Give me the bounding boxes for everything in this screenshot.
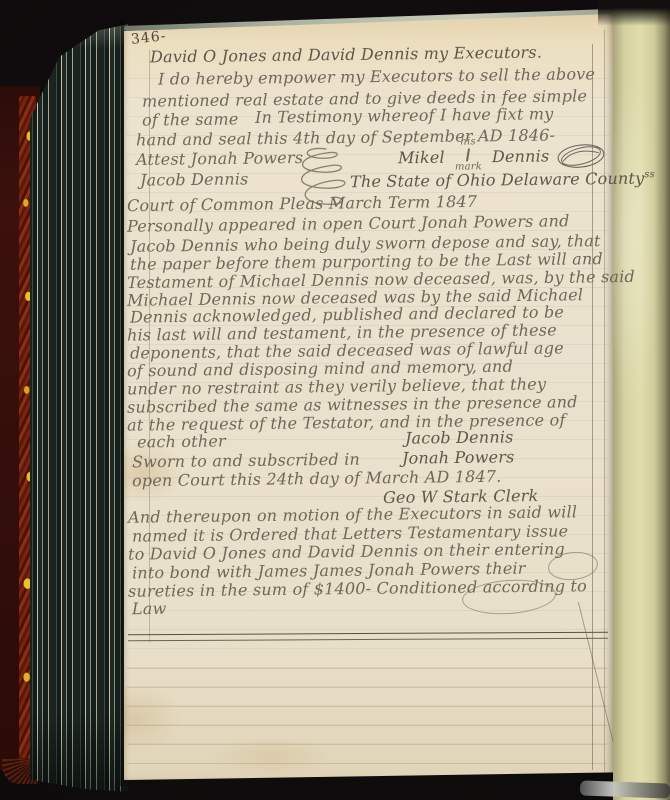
handwritten-line: of the same <box>142 111 239 128</box>
witness-signature: Jacob Dennis <box>140 171 249 188</box>
sworn-line: Sworn to and subscribed in <box>132 452 360 471</box>
handwritten-line: Law <box>132 601 167 617</box>
attest-line: Attest Jonah Powers <box>136 150 303 168</box>
his-label: his <box>460 137 475 147</box>
book-corner-highlight <box>580 780 670 798</box>
witness-signature: Jonah Powers <box>402 449 515 466</box>
handwritten-line: each other <box>137 433 226 450</box>
signature-first-name: Mikel <box>398 149 445 166</box>
book-page-edges <box>30 18 128 792</box>
handwritten-line: David O Jones and David Dennis my Execut… <box>150 45 542 66</box>
heading-text: The State of Ohio Delaware County <box>350 169 645 192</box>
his-mark: his mark <box>455 137 483 172</box>
court-term-line: Court of Common Pleas March Term 1847 <box>127 194 477 214</box>
mark-stroke-icon <box>466 148 470 161</box>
seal-flourish-icon <box>555 140 607 171</box>
witness-signature: Jacob Dennis <box>405 429 514 446</box>
facing-page-curl <box>613 4 670 800</box>
handwritten-line: In Testimony whereof I have fixt my <box>255 106 554 126</box>
page-ruling-blank-area <box>127 650 607 768</box>
signature-last-name: Dennis <box>492 148 550 165</box>
probate-heading: The State of Ohio Delaware Countyss <box>350 170 655 190</box>
top-shadow <box>598 0 670 26</box>
heading-ss: ss <box>644 169 655 180</box>
record-book-photo: 346- David O Jones and David Dennis my E… <box>0 0 670 800</box>
